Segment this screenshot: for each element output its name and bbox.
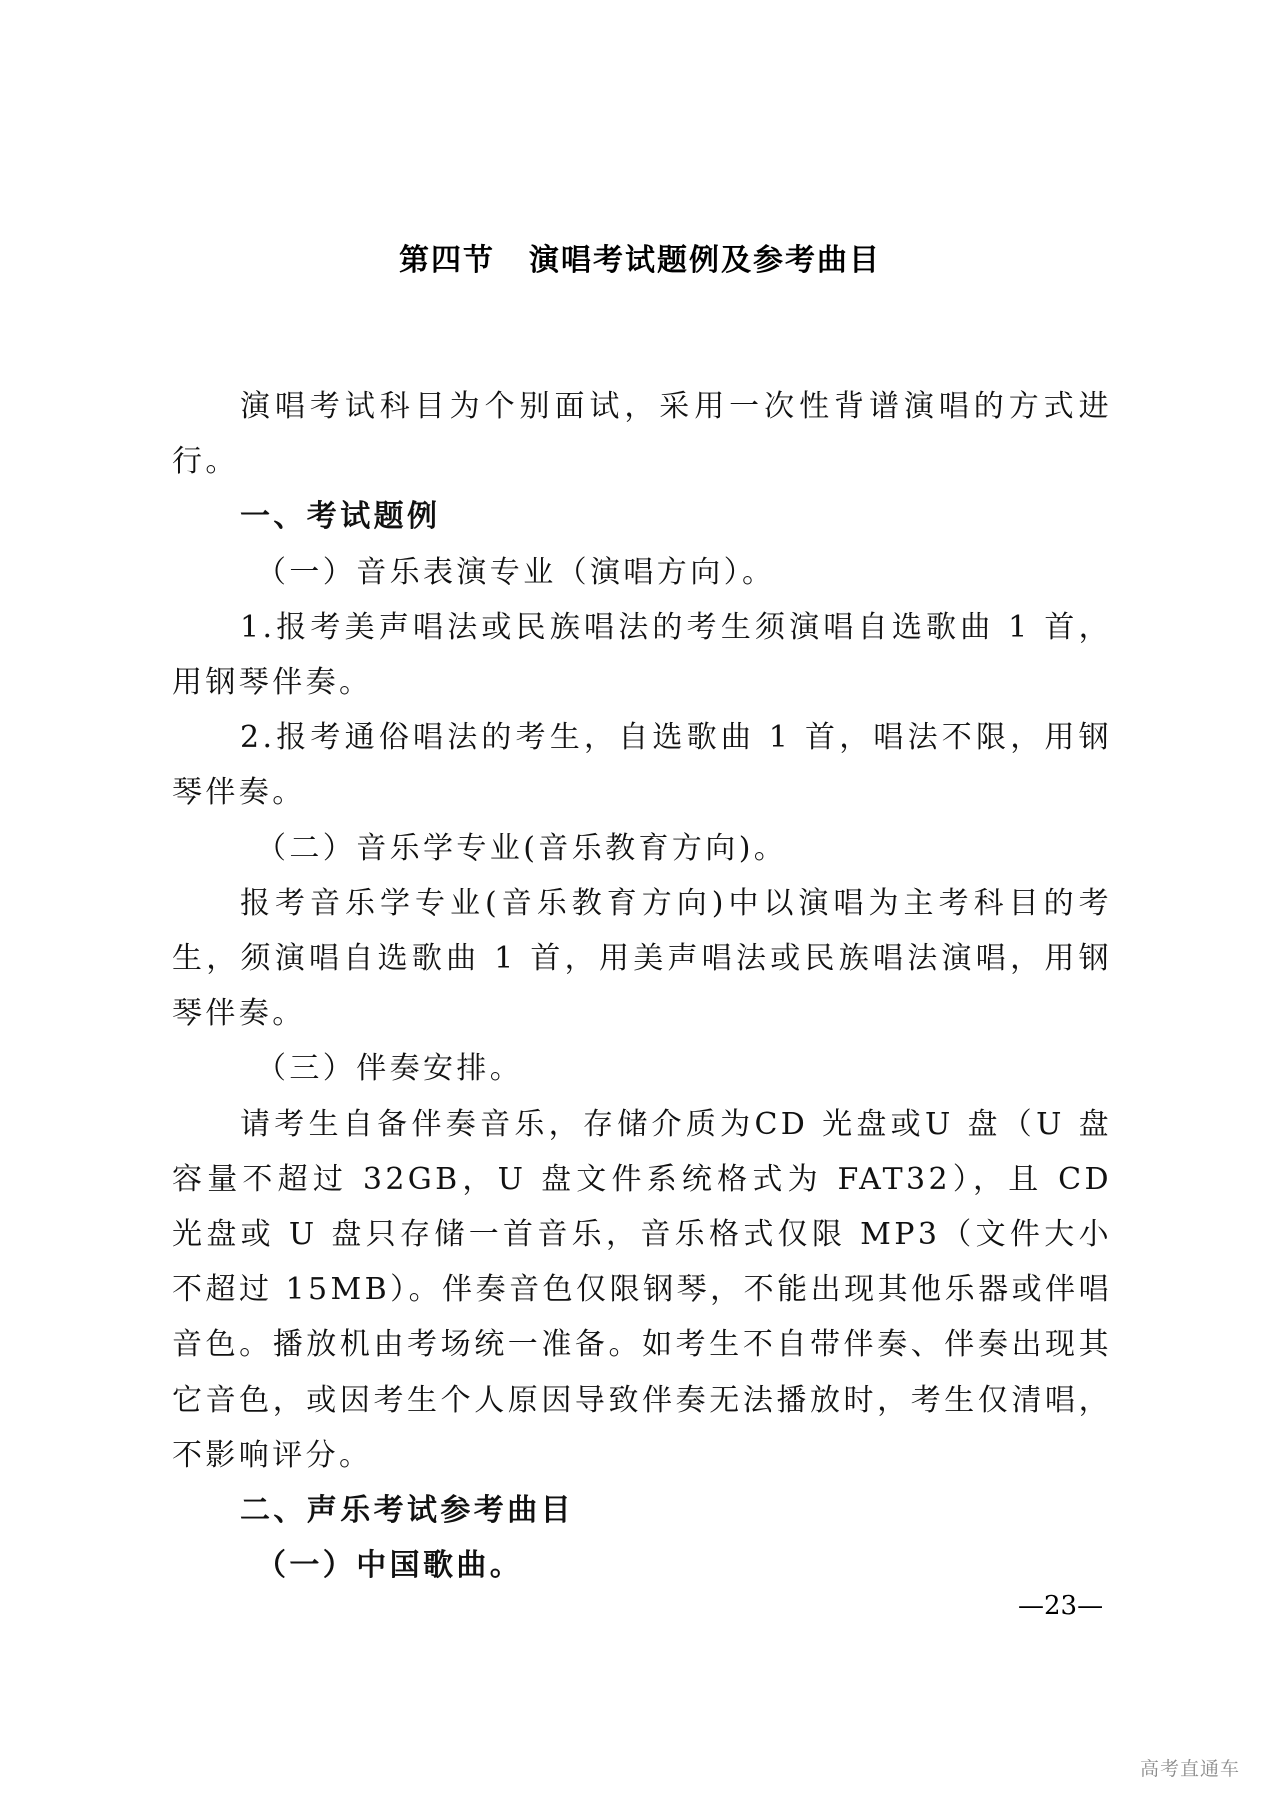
document-body: 演唱考试科目为个别面试，采用一次性背谱演唱的方式进行。 一、考试题例 （一）音乐…: [172, 379, 1112, 1593]
music-education-paragraph: 报考音乐学专业(音乐教育方向)中以演唱为主考科目的考生，须演唱自选歌曲 1 首，…: [172, 876, 1112, 1042]
section-title: 第四节演唱考试题例及参考曲目: [0, 243, 1280, 279]
item-2-paragraph: 2.报考通俗唱法的考生，自选歌曲 1 首，唱法不限，用钢琴伴奏。: [172, 710, 1112, 820]
subheading-music-performance: （一）音乐表演专业（演唱方向）。: [172, 545, 1112, 600]
subheading-music-education: （二）音乐学专业(音乐教育方向)。: [172, 821, 1112, 876]
watermark-text: 高考直通车: [1140, 1756, 1240, 1782]
item-1-paragraph: 1.报考美声唱法或民族唱法的考生须演唱自选歌曲 1 首，用钢琴伴奏。: [172, 600, 1112, 710]
intro-paragraph: 演唱考试科目为个别面试，采用一次性背谱演唱的方式进行。: [172, 379, 1112, 489]
subheading-chinese-songs: （一）中国歌曲。: [172, 1538, 1112, 1593]
page-number: —23—: [1018, 1590, 1103, 1622]
accompaniment-paragraph: 请考生自备伴奏音乐，存储介质为CD 光盘或U 盘（U 盘容量不超过 32GB，U…: [172, 1097, 1112, 1483]
heading-reference-songs: 二、声乐考试参考曲目: [172, 1483, 1112, 1538]
heading-exam-examples: 一、考试题例: [172, 489, 1112, 544]
subheading-accompaniment: （三）伴奏安排。: [172, 1041, 1112, 1096]
section-heading: 演唱考试题例及参考曲目: [529, 243, 881, 278]
section-number: 第四节: [399, 243, 495, 278]
document-page: 第四节演唱考试题例及参考曲目 演唱考试科目为个别面试，采用一次性背谱演唱的方式进…: [0, 0, 1280, 1810]
